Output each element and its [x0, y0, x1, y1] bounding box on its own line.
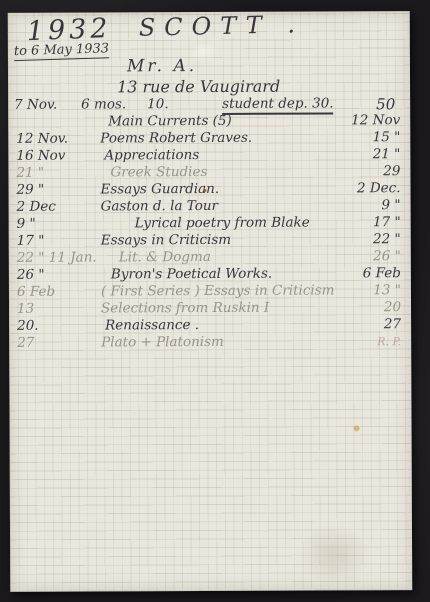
loan-date: 22 " 11 Jan.	[9, 250, 93, 267]
loan-date: 26 "	[9, 267, 93, 284]
return-date: 17 "	[341, 214, 411, 231]
return-date: 27	[341, 316, 411, 333]
loan-date: 29 "	[8, 182, 92, 199]
loan-date: 12 Nov.	[8, 131, 92, 148]
loan-row: 20. Renaissance . 27	[9, 316, 411, 335]
loan-row: 22 " 11 Jan. Lit. & Dogma 26 "	[9, 248, 411, 267]
book-title: Plato + Platonism	[93, 333, 341, 351]
member-surname: SCOTT .	[139, 10, 305, 42]
book-title: Essays in Criticism	[93, 231, 341, 249]
loan-date: 6 Feb	[9, 284, 93, 301]
paper-stain-spot	[354, 425, 360, 431]
subscription-rate: 10.	[147, 96, 169, 112]
book-title: Lyrical poetry from Blake	[93, 214, 341, 232]
loan-date: 20.	[9, 318, 93, 335]
loan-row: 16 Nov Appreciations 21 "	[8, 146, 410, 165]
return-date: 13 "	[341, 282, 411, 299]
loan-row: 29 " Essays Guardian. 2 Dec.	[8, 180, 410, 199]
member-address: 13 rue de Vaugirard	[117, 77, 280, 97]
faint-round-stamp	[298, 524, 370, 586]
loan-date: 21 "	[8, 165, 92, 182]
loan-row: 27 Plato + Platonism R. P.	[9, 333, 411, 352]
return-date: 2 Dec.	[340, 180, 410, 197]
return-date: 29	[340, 163, 410, 180]
loan-date: 2 Dec	[9, 199, 93, 216]
loan-date: 16 Nov	[8, 148, 92, 165]
return-date: 15 "	[340, 129, 410, 146]
return-date: 22 "	[341, 231, 411, 248]
ink-speck	[204, 189, 207, 192]
loan-row: 21 " Greek Studies 29	[8, 163, 410, 182]
subscription-date: 7 Nov.	[14, 97, 57, 113]
return-date: 20	[341, 299, 411, 316]
loan-date: 27	[9, 335, 93, 352]
loan-row: Main Currents (5) 12 Nov	[8, 112, 410, 131]
book-title: Main Currents (5)	[92, 112, 340, 130]
loan-date: 13	[9, 301, 93, 318]
loan-date: 9 "	[9, 216, 93, 233]
loan-entries: Main Currents (5) 12 Nov 12 Nov. Poems R…	[8, 112, 411, 352]
book-title: Selections from Ruskin I	[93, 299, 341, 317]
loan-row: 2 Dec Gaston d. la Tour 9 "	[9, 197, 411, 216]
book-title: Essays Guardian.	[92, 180, 340, 198]
library-lending-card: 1932 SCOTT . to 6 May 1933 Mr. A. 13 rue…	[8, 11, 413, 592]
book-title: Greek Studies	[92, 163, 340, 181]
loan-row: 6 Feb ( First Series ) Essays in Critici…	[9, 282, 411, 301]
book-title: Appreciations	[92, 146, 340, 164]
book-title: Byron's Poetical Works.	[93, 265, 341, 283]
return-date: 12 Nov	[340, 112, 410, 129]
return-date: 6 Feb	[341, 265, 411, 282]
book-title: Gaston d. la Tour	[93, 197, 341, 215]
loan-row: 9 " Lyrical poetry from Blake 17 "	[9, 214, 411, 233]
loan-date	[8, 114, 92, 131]
return-date: 21 "	[340, 146, 410, 163]
subscription-total: 50	[376, 95, 395, 113]
return-date: 26 "	[341, 248, 411, 265]
book-title: Poems Robert Graves.	[92, 129, 340, 147]
loan-row: 26 " Byron's Poetical Works. 6 Feb	[9, 265, 411, 284]
subscription-duration: 6 mos.	[81, 96, 126, 112]
loan-row: 12 Nov. Poems Robert Graves. 15 "	[8, 129, 410, 148]
book-title: Renaissance .	[93, 316, 341, 334]
return-date: R. P.	[341, 333, 411, 350]
validity-note: to 6 May 1933	[14, 41, 110, 61]
member-title: Mr. A.	[127, 56, 197, 76]
book-title: Lit. & Dogma	[93, 248, 341, 266]
subscription-row: 7 Nov. 6 mos. 10. student dep. 30. 50	[8, 95, 410, 114]
return-date: 9 "	[341, 197, 411, 214]
loan-row: 13 Selections from Ruskin I 20	[9, 299, 411, 318]
book-title: ( First Series ) Essays in Criticism	[93, 282, 341, 300]
loan-date: 17 "	[9, 233, 93, 250]
loan-row: 17 " Essays in Criticism 22 "	[9, 231, 411, 250]
